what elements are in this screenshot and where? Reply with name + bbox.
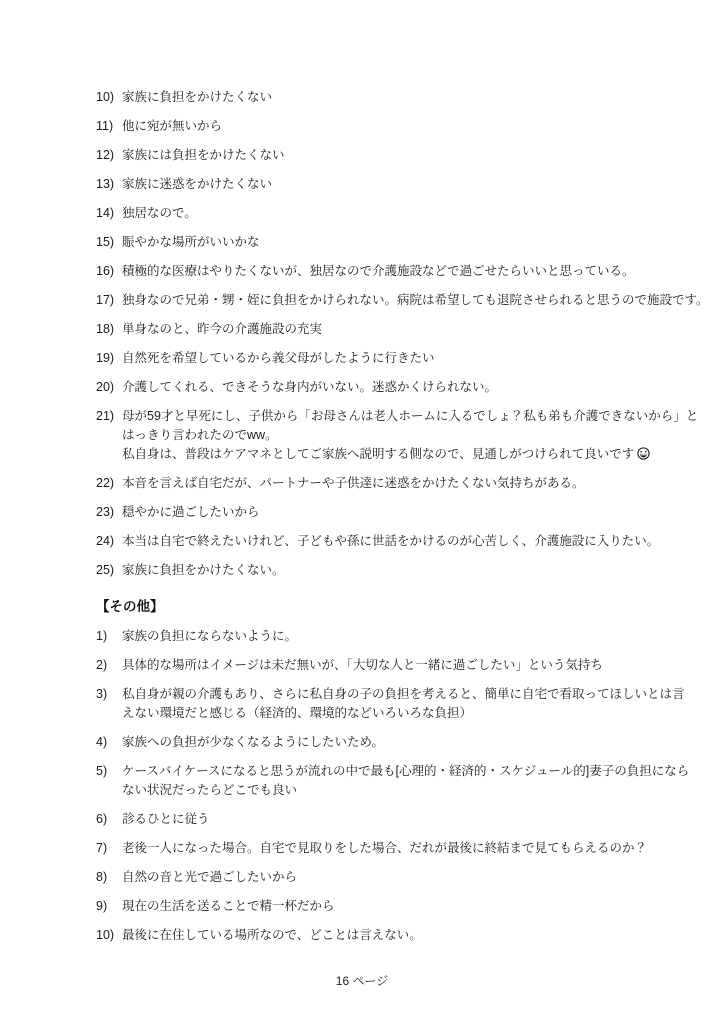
response-text-line: 他に宛が無いから [122, 117, 694, 136]
item-text: 家族の負担にならないように。 [122, 627, 694, 646]
item-text: 独身なので兄弟・甥・姪に負担をかけられない。病院は希望しても退院させられると思う… [122, 291, 694, 310]
response-item: 24) 本当は自宅で終えたいけれど、子どもや孫に世話をかけるのが心苦しく、介護施… [96, 532, 694, 551]
item-text: 単身なのと、昨今の介護施設の充実 [122, 320, 694, 339]
item-text: 最後に在住している場所なので、どことは言えない。 [122, 926, 694, 945]
response-text-line: ケースバイケースになると思うが流れの中で最も[心理的・経済的・スケジュール的]妻… [122, 762, 694, 781]
response-text-line: ない状況だったらどこでも良い [122, 781, 694, 800]
document-page: { "page": { "background": "#ffffff", "te… [0, 0, 724, 1024]
response-text-line: 現在の生活を送ることで精一杯だから [122, 897, 694, 916]
response-item: 20) 介護してくれる、できそうな身内がいない。迷惑かくけられない。 [96, 378, 694, 397]
item-number: 2) [96, 656, 122, 675]
item-number: 22) [96, 474, 122, 493]
item-text: 具体的な場所はイメージは未だ無いが、「大切な人と一緒に過ごしたい」という気持ち [122, 656, 694, 675]
item-text: 積極的な医療はやりたくないが、独居なので介護施設などで過ごせたらいいと思っている… [122, 262, 694, 281]
item-number: 21) [96, 407, 122, 426]
response-text-line: 積極的な医療はやりたくないが、独居なので介護施設などで過ごせたらいいと思っている… [122, 262, 694, 281]
response-item: 11) 他に宛が無いから [96, 117, 694, 136]
response-text-line: 家族に負担をかけたくない。 [122, 561, 694, 580]
response-text-line: はっきり言われたのでww。 [122, 426, 694, 445]
response-text-line: 独居なので。 [122, 204, 694, 223]
response-item: 21) 母が59才と早死にし、子供から「お母さんは老人ホームに入るでしょ？私も弟… [96, 407, 694, 464]
response-item: 12) 家族には負担をかけたくない [96, 146, 694, 165]
item-number: 13) [96, 175, 122, 194]
response-item: 25) 家族に負担をかけたくない。 [96, 561, 694, 580]
response-text-line: 私自身は、普段はケアマネとしてご家族へ説明する側なので、見通しがつけられて良いで… [122, 445, 694, 464]
item-text: 家族には負担をかけたくない [122, 146, 694, 165]
item-number: 18) [96, 320, 122, 339]
response-item: 9) 現在の生活を送ることで精一杯だから [96, 897, 694, 916]
section-heading-other: 【その他】 [96, 597, 694, 616]
response-text-line: 具体的な場所はイメージは未だ無いが、「大切な人と一緒に過ごしたい」という気持ち [122, 656, 694, 675]
item-number: 24) [96, 532, 122, 551]
item-text: 家族に負担をかけたくない。 [122, 561, 694, 580]
response-text-line: 最後に在住している場所なので、どことは言えない。 [122, 926, 694, 945]
item-text: 家族への負担が少なくなるようにしたいため。 [122, 733, 694, 752]
response-item: 18) 単身なのと、昨今の介護施設の充実 [96, 320, 694, 339]
item-number: 14) [96, 204, 122, 223]
item-number: 7) [96, 839, 122, 858]
response-text-line: 賑やかな場所がいいかな [122, 233, 694, 252]
item-number: 20) [96, 378, 122, 397]
response-text-line: 家族には負担をかけたくない [122, 146, 694, 165]
response-text-line: 自然の音と光で過ごしたいから [122, 868, 694, 887]
response-text-line: 私自身が親の介護もあり、さらに私自身の子の負担を考えると、簡単に自宅で看取ってほ… [122, 685, 694, 704]
item-number: 25) [96, 561, 122, 580]
grinning-face-emoji-icon [637, 447, 650, 460]
response-item: 1) 家族の負担にならないように。 [96, 627, 694, 646]
response-item: 8) 自然の音と光で過ごしたいから [96, 868, 694, 887]
item-number: 10) [96, 926, 122, 945]
item-text: 私自身が親の介護もあり、さらに私自身の子の負担を考えると、簡単に自宅で看取ってほ… [122, 685, 694, 723]
response-text-line: 家族に負担をかけたくない [122, 88, 694, 107]
response-text-line: 本当は自宅で終えたいけれど、子どもや孫に世話をかけるのが心苦しく、介護施設に入り… [122, 532, 694, 551]
response-item: 15) 賑やかな場所がいいかな [96, 233, 694, 252]
response-item: 16) 積極的な医療はやりたくないが、独居なので介護施設などで過ごせたらいいと思… [96, 262, 694, 281]
response-item: 17) 独身なので兄弟・甥・姪に負担をかけられない。病院は希望しても退院させられ… [96, 291, 694, 310]
response-item: 5) ケースバイケースになると思うが流れの中で最も[心理的・経済的・スケジュール… [96, 762, 694, 800]
item-number: 10) [96, 88, 122, 107]
response-list-other: 1) 家族の負担にならないように。 2) 具体的な場所はイメージは未だ無いが、「… [96, 627, 694, 945]
page-footer: 16 ページ [0, 972, 724, 991]
response-text-line: 自然死を希望しているから義父母がしたように行きたい [122, 349, 694, 368]
response-text-line: 家族に迷惑をかけたくない [122, 175, 694, 194]
item-text: 穏やかに過ごしたいから [122, 503, 694, 522]
response-item: 23) 穏やかに過ごしたいから [96, 503, 694, 522]
response-item: 3) 私自身が親の介護もあり、さらに私自身の子の負担を考えると、簡単に自宅で看取… [96, 685, 694, 723]
response-item: 10) 家族に負担をかけたくない [96, 88, 694, 107]
response-item: 22) 本音を言えば自宅だが、パートナーや子供達に迷惑をかけたくない気持ちがある… [96, 474, 694, 493]
item-number: 19) [96, 349, 122, 368]
item-number: 1) [96, 627, 122, 646]
item-number: 12) [96, 146, 122, 165]
response-item: 13) 家族に迷惑をかけたくない [96, 175, 694, 194]
response-text-line: 独身なので兄弟・甥・姪に負担をかけられない。病院は希望しても退院させられると思う… [122, 291, 694, 310]
response-item: 10) 最後に在住している場所なので、どことは言えない。 [96, 926, 694, 945]
response-item: 7) 老後一人になった場合。自宅で見取りをした場合、だれが最後に終結まで見てもら… [96, 839, 694, 858]
document-body: 10) 家族に負担をかけたくない 11) 他に宛が無いから 12) 家族には負担… [96, 88, 694, 955]
response-text-line: 単身なのと、昨今の介護施設の充実 [122, 320, 694, 339]
item-number: 3) [96, 685, 122, 704]
response-item: 6) 診るひとに従う [96, 810, 694, 829]
item-text: 現在の生活を送ることで精一杯だから [122, 897, 694, 916]
item-text: 自然の音と光で過ごしたいから [122, 868, 694, 887]
item-text: 母が59才と早死にし、子供から「お母さんは老人ホームに入るでしょ？私も弟も介護で… [122, 407, 694, 464]
response-item: 2) 具体的な場所はイメージは未だ無いが、「大切な人と一緒に過ごしたい」という気… [96, 656, 694, 675]
item-number: 16) [96, 262, 122, 281]
item-text: 自然死を希望しているから義父母がしたように行きたい [122, 349, 694, 368]
item-number: 5) [96, 762, 122, 781]
item-number: 23) [96, 503, 122, 522]
item-text: 介護してくれる、できそうな身内がいない。迷惑かくけられない。 [122, 378, 694, 397]
item-text: 診るひとに従う [122, 810, 694, 829]
response-item: 4) 家族への負担が少なくなるようにしたいため。 [96, 733, 694, 752]
item-text: 家族に負担をかけたくない [122, 88, 694, 107]
response-list-continued: 10) 家族に負担をかけたくない 11) 他に宛が無いから 12) 家族には負担… [96, 88, 694, 580]
response-text-line: 診るひとに従う [122, 810, 694, 829]
response-text-line: 母が59才と早死にし、子供から「お母さんは老人ホームに入るでしょ？私も弟も介護で… [122, 407, 694, 426]
response-text-line: 家族への負担が少なくなるようにしたいため。 [122, 733, 694, 752]
response-text-line: 老後一人になった場合。自宅で見取りをした場合、だれが最後に終結まで見てもらえるの… [122, 839, 694, 858]
item-text: 老後一人になった場合。自宅で見取りをした場合、だれが最後に終結まで見てもらえるの… [122, 839, 694, 858]
response-item: 14) 独居なので。 [96, 204, 694, 223]
response-text-line: 本音を言えば自宅だが、パートナーや子供達に迷惑をかけたくない気持ちがある。 [122, 474, 694, 493]
item-text: 本音を言えば自宅だが、パートナーや子供達に迷惑をかけたくない気持ちがある。 [122, 474, 694, 493]
response-text-line: 穏やかに過ごしたいから [122, 503, 694, 522]
item-text: 他に宛が無いから [122, 117, 694, 136]
item-number: 17) [96, 291, 122, 310]
item-number: 15) [96, 233, 122, 252]
response-text-line: 家族の負担にならないように。 [122, 627, 694, 646]
response-text-line: えない環境だと感じる（経済的、環境的などいろいろな負担） [122, 704, 694, 723]
item-text: 独居なので。 [122, 204, 694, 223]
item-number: 11) [96, 117, 122, 136]
response-item: 19) 自然死を希望しているから義父母がしたように行きたい [96, 349, 694, 368]
item-number: 8) [96, 868, 122, 887]
item-text: 賑やかな場所がいいかな [122, 233, 694, 252]
item-text: ケースバイケースになると思うが流れの中で最も[心理的・経済的・スケジュール的]妻… [122, 762, 694, 800]
item-number: 9) [96, 897, 122, 916]
response-text-line: 介護してくれる、できそうな身内がいない。迷惑かくけられない。 [122, 378, 694, 397]
item-text: 本当は自宅で終えたいけれど、子どもや孫に世話をかけるのが心苦しく、介護施設に入り… [122, 532, 694, 551]
item-number: 4) [96, 733, 122, 752]
item-text: 家族に迷惑をかけたくない [122, 175, 694, 194]
item-number: 6) [96, 810, 122, 829]
